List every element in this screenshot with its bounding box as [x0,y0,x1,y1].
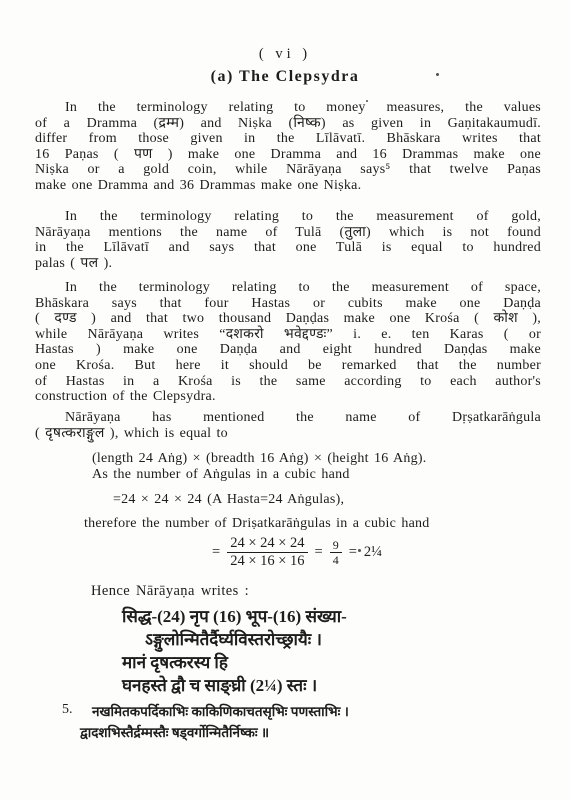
footnote-number: 5. [62,702,73,718]
text-line: construction of the Clepsydra. [35,389,541,405]
paragraph-gold-measures: In the terminology relating to the measu… [35,209,541,271]
fraction-numerator: 24 × 24 × 24 [227,536,307,553]
sanskrit-verse: सिद्ध-(24) नृप (16) भूप-(16) संख्या- ऽङ्… [122,605,347,697]
paragraph-space-measures: In the terminology relating to the measu… [35,280,541,405]
verse-line: मानं दृषत्करस्य हि [122,651,347,674]
equals-sign: = [349,544,357,561]
text-line: of a Dramma (द्रम्म) and Niṣka (निष्क) a… [35,116,541,132]
scan-speck [358,549,361,552]
verse-line: ऽङ्गुलोन्मितैर्दैर्घ्यविस्तरोच्छ्रायैः । [122,628,347,651]
text-line: of Hastas in a Krośa is the same accordi… [35,374,541,390]
verse-line: घनहस्ते द्वौ च साङ्घ्री (2¼) स्तः । [122,674,347,697]
fraction-nine-fourths: 9 4 [330,539,342,567]
text-line: in the Līlāvatī and says that one Tulā i… [35,240,541,256]
text-line: Bhāskara says that four Hastas or cubits… [35,296,541,312]
footnote-line: नखमितकपर्दिकाभिः काकिणिकाचतसृभिः पणस्ताभ… [92,702,349,720]
text-line: palas ( पल ). [35,256,541,272]
fraction-denominator: 4 [330,553,342,567]
text-line: Niṣka or a gold coin, while Nārāyaṇa say… [35,162,541,178]
text-line: one Krośa. But here it should be remarke… [35,358,541,374]
hence-narayana-writes: Hence Nārāyaṇa writes : [91,583,249,600]
text-line: ( दण्ड ) and that two thousand Daṇḍas ma… [35,311,541,327]
text-line: In the terminology relating to money mea… [35,100,541,116]
text-line: In the terminology relating to the measu… [35,209,541,225]
angulas-cubic-hand-line: As the number of Aṅgulas in a cubic hand [92,467,350,483]
book-page: ( vi ) (a) The Clepsydra In the terminol… [0,0,570,800]
text-line: Hastas ) make one Daṇḍa and eight hundre… [35,342,541,358]
text-line: while Nārāyaṇa writes “दशकरो भवेद्दण्डः”… [35,327,541,343]
therefore-line: therefore the number of Driṣatkarāṅgulas… [84,516,430,532]
text-line: Nārāyaṇa has mentioned the name of Dṛṣat… [35,410,541,426]
paragraph-drsatkarangula: Nārāyaṇa has mentioned the name of Dṛṣat… [35,410,541,441]
text-line: make one Dramma and 36 Drammas make one … [35,178,541,194]
fraction-24-cubed-over-product: 24 × 24 × 24 24 × 16 × 16 [227,536,307,569]
section-title: (a) The Clepsydra [0,68,570,86]
scan-speck [366,100,368,102]
fraction-numerator: 9 [330,539,342,554]
fraction-equation: = 24 × 24 × 24 24 × 16 × 16 = 9 4 = 2¼ [212,536,382,569]
fraction-denominator: 24 × 16 × 16 [227,553,307,569]
page-number: ( vi ) [0,46,570,63]
footnote-line: द्वादशभिस्तैर्द्रम्मस्तैः षड्वर्गोन्मितै… [80,723,269,741]
equals-sign: = [212,544,220,561]
text-line: 16 Paṇas ( पण ) make one Dramma and 16 D… [35,147,541,163]
text-line: differ from those given in the Līlāvatī.… [35,131,541,147]
text-line: Nārāyaṇa mentions the name of Tulā (तुला… [35,225,541,241]
footnote-5: 5. नखमितकपर्दिकाभिः काकिणिकाचतसृभिः पणस्… [0,702,570,744]
scan-speck [436,73,439,76]
verse-line: सिद्ध-(24) नृप (16) भूप-(16) संख्या- [122,605,347,628]
text-line: ( दृषत्कराङ्गुल ), which is equal to [35,426,541,442]
equals-sign: = [315,544,323,561]
equation-result: 2¼ [364,544,382,561]
hasta-angulas-line: =24 × 24 × 24 (A Hasta=24 Aṅgulas), [113,492,344,508]
paragraph-money-measures: In the terminology relating to money mea… [35,100,541,194]
dimension-formula-line: (length 24 Aṅg) × (breadth 16 Aṅg) × (he… [92,451,427,467]
text-line: In the terminology relating to the measu… [35,280,541,296]
